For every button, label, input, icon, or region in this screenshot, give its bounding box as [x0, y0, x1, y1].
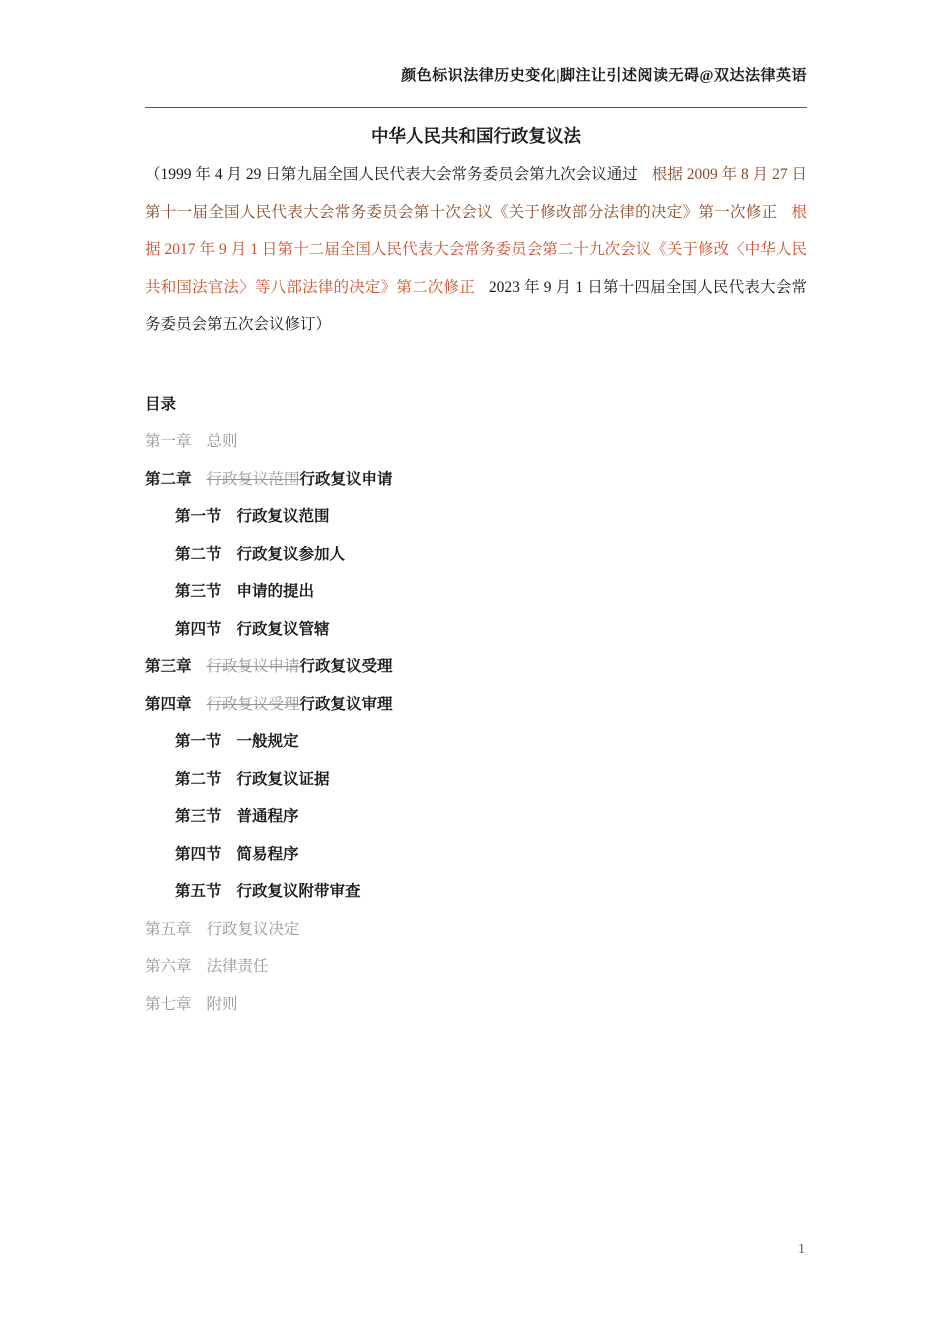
toc-item-title: 行政复议管辖 [237, 621, 330, 638]
toc-item-第六章-法律责任: 第六章法律责任 [145, 948, 807, 986]
page-content: 颜色标识法律历史变化|脚注让引述阅读无碍@双达法律英语 中华人民共和国行政复议法… [0, 64, 950, 1023]
toc-heading: 目录 [145, 386, 807, 424]
toc-item-第一节-一般规定: 第一节一般规定 [145, 723, 807, 761]
toc-item-第四章-行政复议审理: 第四章行政复议受理行政复议审理 [145, 686, 807, 724]
preamble: （1999 年 4 月 29 日第九届全国人民代表大会常务委员会第九次会议通过根… [145, 156, 807, 344]
toc-item-title: 普通程序 [237, 808, 299, 825]
toc-item-第七章-附则: 第七章附则 [145, 986, 807, 1024]
toc-item-title: 法律责任 [207, 958, 269, 975]
toc-item-title: 行政复议参加人 [237, 546, 346, 563]
toc-item-第五章-行政复议决定: 第五章行政复议决定 [145, 911, 807, 949]
toc-item-title: 一般规定 [237, 733, 299, 750]
toc-removed-title: 行政复议申请 [207, 658, 300, 675]
toc-item-第二章-行政复议申请: 第二章行政复议范围行政复议申请 [145, 461, 807, 499]
toc-list: 第一章总则第二章行政复议范围行政复议申请第一节行政复议范围第二节行政复议参加人第… [145, 423, 807, 1023]
header-branding: 颜色标识法律历史变化|脚注让引述阅读无碍@双达法律英语 [145, 64, 807, 85]
toc-item-title: 行政复议证据 [237, 771, 330, 788]
toc-item-label: 第三节 [175, 808, 222, 825]
toc-item-label: 第四章 [145, 696, 192, 713]
toc-item-label: 第六章 [145, 958, 192, 975]
toc-item-title: 总则 [207, 433, 238, 450]
page-title: 中华人民共和国行政复议法 [145, 123, 807, 148]
toc-item-title: 行政复议申请 [300, 471, 393, 488]
toc-item-label: 第四节 [175, 846, 222, 863]
toc-removed-title: 行政复议受理 [207, 696, 300, 713]
toc-item-label: 第三章 [145, 658, 192, 675]
toc-item-第三节-普通程序: 第三节普通程序 [145, 798, 807, 836]
toc-item-title: 行政复议审理 [300, 696, 393, 713]
toc-item-第三节-申请的提出: 第三节申请的提出 [145, 573, 807, 611]
toc-item-title: 行政复议决定 [207, 921, 300, 938]
toc-item-label: 第二章 [145, 471, 192, 488]
toc-item-label: 第五章 [145, 921, 192, 938]
toc-removed-title: 行政复议范围 [207, 471, 300, 488]
toc-item-label: 第二节 [175, 771, 222, 788]
toc-item-label: 第一节 [175, 733, 222, 750]
toc-item-label: 第四节 [175, 621, 222, 638]
toc-item-title: 简易程序 [237, 846, 299, 863]
toc-item-label: 第一节 [175, 508, 222, 525]
toc-item-title: 行政复议附带审查 [237, 883, 361, 900]
toc-item-第四节-行政复议管辖: 第四节行政复议管辖 [145, 611, 807, 649]
toc-item-第二节-行政复议参加人: 第二节行政复议参加人 [145, 536, 807, 574]
toc-item-label: 第三节 [175, 583, 222, 600]
toc-item-title: 行政复议受理 [300, 658, 393, 675]
toc-item-title: 行政复议范围 [237, 508, 330, 525]
toc-item-title: 附则 [207, 996, 238, 1013]
preamble-segment-1: （1999 年 4 月 29 日第九届全国人民代表大会常务委员会第九次会议通过 [145, 166, 638, 183]
toc-item-title: 申请的提出 [237, 583, 315, 600]
toc-item-label: 第二节 [175, 546, 222, 563]
toc-item-label: 第七章 [145, 996, 192, 1013]
document-page: 颜色标识法律历史变化|脚注让引述阅读无碍@双达法律英语 中华人民共和国行政复议法… [0, 0, 950, 1344]
page-number: 1 [798, 1242, 805, 1258]
toc-item-第五节-行政复议附带审查: 第五节行政复议附带审查 [145, 873, 807, 911]
toc-item-label: 第一章 [145, 433, 192, 450]
header-divider [145, 107, 807, 108]
toc-item-第二节-行政复议证据: 第二节行政复议证据 [145, 761, 807, 799]
toc-item-第三章-行政复议受理: 第三章行政复议申请行政复议受理 [145, 648, 807, 686]
toc-item-第四节-简易程序: 第四节简易程序 [145, 836, 807, 874]
table-of-contents: 目录 第一章总则第二章行政复议范围行政复议申请第一节行政复议范围第二节行政复议参… [145, 386, 807, 1024]
toc-item-label: 第五节 [175, 883, 222, 900]
toc-item-第一章-总则: 第一章总则 [145, 423, 807, 461]
toc-item-第一节-行政复议范围: 第一节行政复议范围 [145, 498, 807, 536]
